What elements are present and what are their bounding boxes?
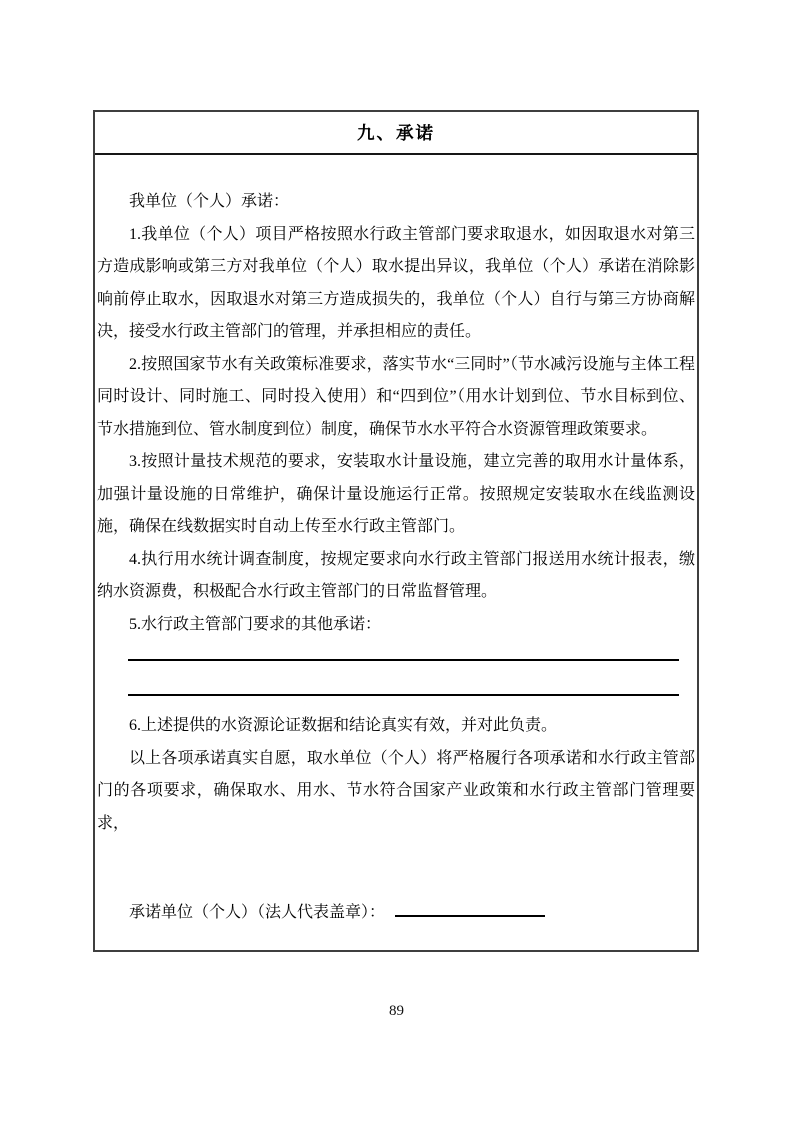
fill-in-line-2 [128,676,679,696]
fill-in-line-1 [128,641,679,661]
signature-blank-line [395,895,545,917]
page-number: 89 [0,1003,793,1020]
commitment-item-5: 5.水行政主管部门要求的其他承诺： [97,609,695,642]
section-title-bar: 九、承诺 [95,112,697,155]
commitment-item-2: 2.按照国家节水有关政策标准要求，落实节水“三同时”（节水减污设施与主体工程同时… [97,349,695,447]
closing-paragraph: 以上各项承诺真实自愿，取水单位（个人）将严格履行各项承诺和水行政主管部门的各项要… [97,743,695,841]
signature-row: 承诺单位（个人）（法人代表盖章）： [97,895,695,929]
signature-label: 承诺单位（个人）（法人代表盖章）： [129,904,385,921]
commitment-item-3: 3.按照计量技术规范的要求，安装取水计量设施，建立完善的取用水计量体系，加强计量… [97,446,695,544]
section-body: 我单位（个人）承诺： 1.我单位（个人）项目严格按照水行政主管部门要求取退水，如… [95,155,697,929]
section-title: 九、承诺 [357,120,435,145]
intro-line: 我单位（个人）承诺： [97,186,695,219]
commitment-item-1: 1.我单位（个人）项目严格按照水行政主管部门要求取退水，如因取退水对第三方造成影… [97,219,695,349]
commitment-item-6: 6.上述提供的水资源论证数据和结论真实有效，并对此负责。 [97,710,695,743]
commitment-section-box: 九、承诺 我单位（个人）承诺： 1.我单位（个人）项目严格按照水行政主管部门要求… [93,110,699,952]
commitment-item-4: 4.执行用水统计调查制度，按规定要求向水行政主管部门报送用水统计报表，缴纳水资源… [97,544,695,609]
